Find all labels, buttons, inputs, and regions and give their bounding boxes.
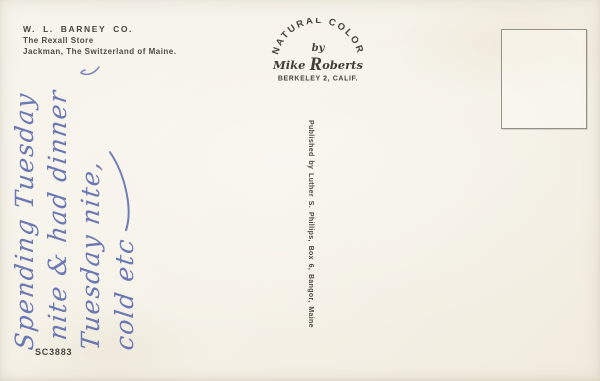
postcard-back: W. L. BARNEY CO. The Rexall Store Jackma… [0,0,600,381]
handwriting-line-1: Spending Tuesday [8,74,41,352]
handwriting-line-2: nite & had dinner [41,74,74,352]
sender-caption-block: W. L. BARNEY CO. The Rexall Store Jackma… [23,24,176,57]
logo-by-text: by [312,43,326,54]
logo-name-initial: R [308,54,322,75]
stamp-box [501,29,587,129]
handwritten-message: Spending Tuesday nite & had dinner Tuesd… [4,78,142,358]
logo-script-name: Mike Roberts [272,54,363,75]
logo-name-first: Mike [272,58,309,72]
handwriting-line-3: Tuesday nite, [74,74,107,352]
publisher-credit: Published by Luther S. Phillips, Box 6, … [302,120,314,338]
pen-flourish [107,144,133,233]
sender-location: Jackman, The Switzerland of Maine. [23,46,176,57]
logo-name-rest: oberts [322,58,363,72]
handwriting-line-4-text: cold etc [110,236,139,351]
handwriting-line-4: cold etc [107,74,141,352]
sender-company: W. L. BARNEY CO. [23,24,176,35]
natural-color-logo: NATURAL COLOR by Mike Roberts BERKELEY 2… [268,18,368,88]
sender-store: The Rexall Store [23,35,176,46]
logo-address: BERKELEY 2, CALIF. [278,76,358,83]
serial-number: SC3883 [35,347,72,357]
